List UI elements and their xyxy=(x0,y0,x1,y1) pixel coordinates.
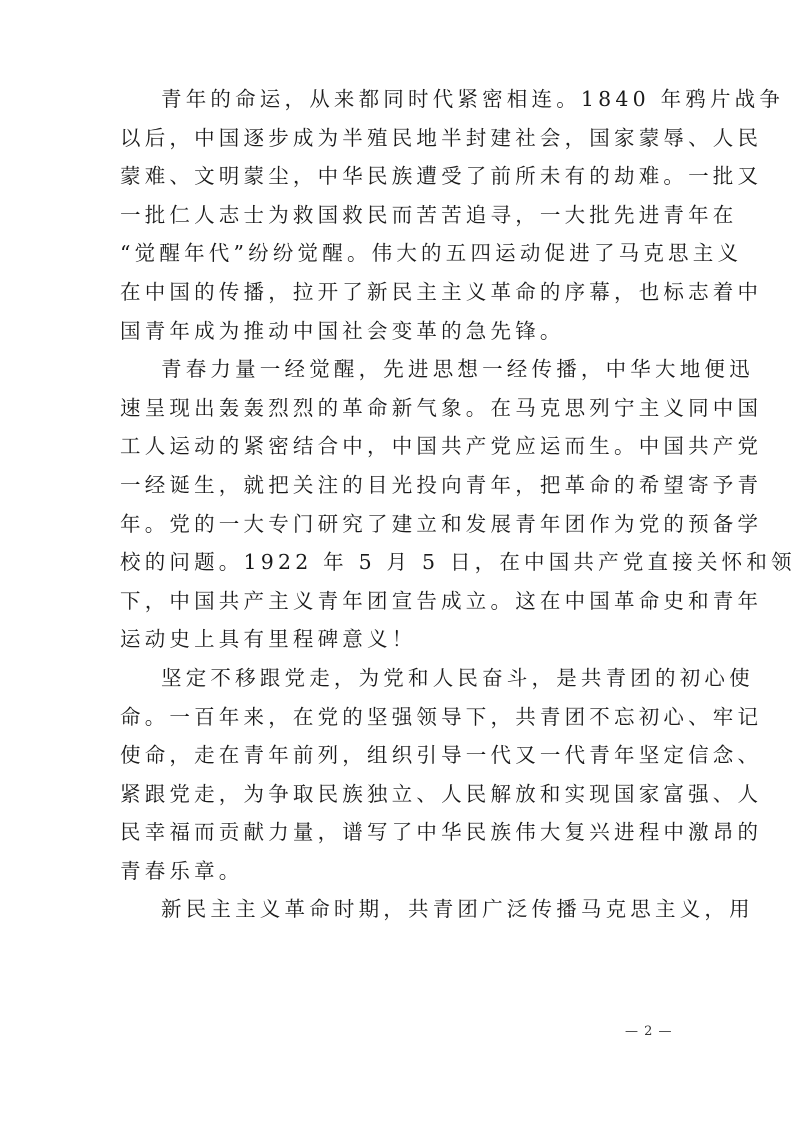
paragraph-2-line-5: 年。党的一大专门研究了建立和发展青年团作为党的预备学 xyxy=(120,505,680,544)
paragraph-1-line-2: 以后，中国逐步成为半殖民地半封建社会，国家蒙辱、人民 xyxy=(120,119,680,158)
paragraph-3-line-3: 使命，走在青年前列，组织引导一代又一代青年坚定信念、 xyxy=(120,736,680,775)
page-number: — 2 — xyxy=(625,1024,673,1039)
document-page: 青年的命运，从来都同时代紧密相连。1840 年鸦片战争 以后，中国逐步成为半殖民… xyxy=(0,0,793,1122)
paragraph-3-line-4: 紧跟党走，为争取民族独立、人民解放和实现国家富强、人 xyxy=(120,775,680,814)
paragraph-2-line-4: 一经诞生，就把关注的目光投向青年，把革命的希望寄予青 xyxy=(120,466,680,505)
paragraph-1-line-7: 国青年成为推动中国社会变革的急先锋。 xyxy=(120,312,680,351)
paragraph-3-line-6: 青春乐章。 xyxy=(120,852,680,891)
paragraph-2-line-8: 运动史上具有里程碑意义！ xyxy=(120,620,680,659)
paragraph-2-line-3: 工人运动的紧密结合中，中国共产党应运而生。中国共产党 xyxy=(120,427,680,466)
document-body: 青年的命运，从来都同时代紧密相连。1840 年鸦片战争 以后，中国逐步成为半殖民… xyxy=(120,80,680,929)
paragraph-4-line-1: 新民主主义革命时期，共青团广泛传播马克思主义，用 xyxy=(120,890,680,929)
paragraph-1-line-6: 在中国的传播，拉开了新民主主义革命的序幕，也标志着中 xyxy=(120,273,680,312)
paragraph-3-line-1: 坚定不移跟党走，为党和人民奋斗，是共青团的初心使 xyxy=(120,659,680,698)
paragraph-1-line-5: “觉醒年代”纷纷觉醒。伟大的五四运动促进了马克思主义 xyxy=(120,234,680,273)
paragraph-1-line-1: 青年的命运，从来都同时代紧密相连。1840 年鸦片战争 xyxy=(120,80,680,119)
paragraph-2-line-6: 校的问题。1922 年 5 月 5 日，在中国共产党直接关怀和领导 xyxy=(120,543,680,582)
paragraph-2-line-2: 速呈现出轰轰烈烈的革命新气象。在马克思列宁主义同中国 xyxy=(120,389,680,428)
paragraph-1-line-3: 蒙难、文明蒙尘，中华民族遭受了前所未有的劫难。一批又 xyxy=(120,157,680,196)
paragraph-2-line-1: 青春力量一经觉醒，先进思想一经传播，中华大地便迅 xyxy=(120,350,680,389)
paragraph-1-line-4: 一批仁人志士为救国救民而苦苦追寻，一大批先进青年在 xyxy=(120,196,680,235)
paragraph-2-line-7: 下，中国共产主义青年团宣告成立。这在中国革命史和青年 xyxy=(120,582,680,621)
paragraph-3-line-2: 命。一百年来，在党的坚强领导下，共青团不忘初心、牢记 xyxy=(120,698,680,737)
paragraph-3-line-5: 民幸福而贡献力量，谱写了中华民族伟大复兴进程中激昂的 xyxy=(120,813,680,852)
